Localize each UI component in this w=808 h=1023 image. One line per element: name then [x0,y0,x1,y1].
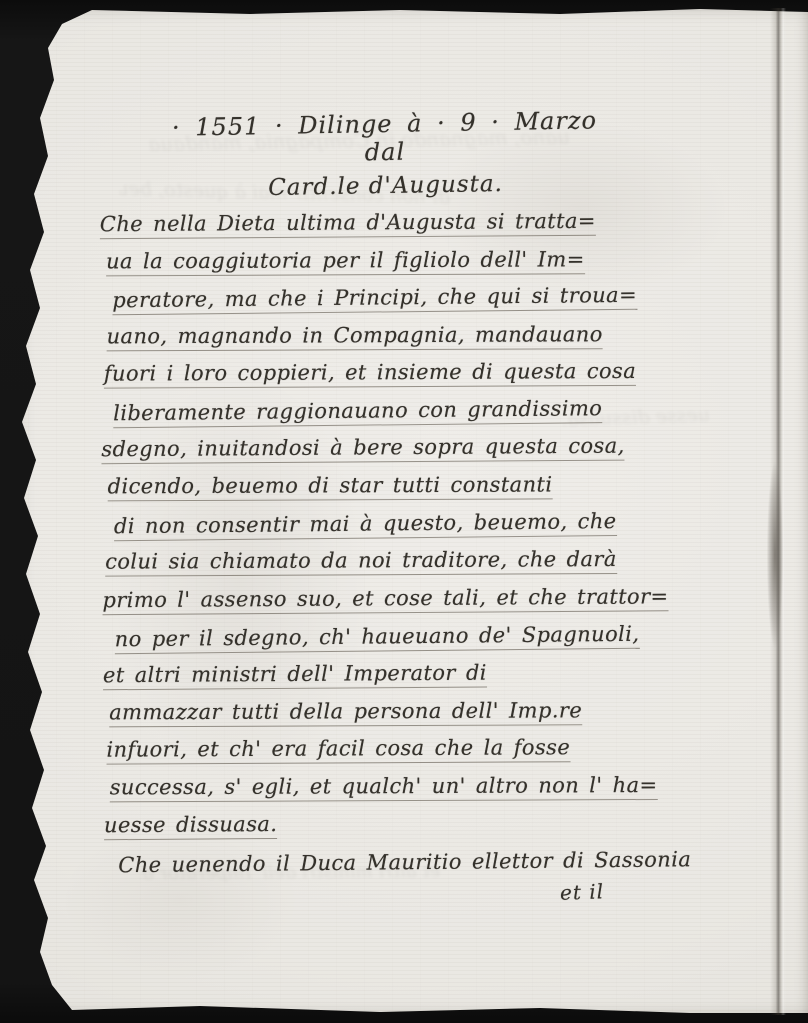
body-text-block: Che nella Dieta ultima d'Augusta si trat… [100,197,745,878]
manuscript-line: primo l' assenso suo, et cose tali, et c… [102,573,742,615]
manuscript-line: no per il sdegno, ch' haueuano de' Spagn… [114,609,742,653]
manuscript-line: et altri ministri dell' Imperator di [103,648,743,690]
catchword: et il [560,879,605,905]
manuscript-line: uesse dissuasa. [104,798,744,840]
manuscript-line: Che uenendo il Duca Mauritio ellettor di… [118,835,744,879]
heading: · 1551 · Dilinge à · 9 · Marzo dal Card.… [149,106,620,203]
heading-date-place-line: · 1551 · Dilinge à · 9 · Marzo dal [149,106,620,170]
manuscript-line: dicendo, beuemo di star tutti constanti [108,461,742,501]
manuscript-line: peratore, ma che i Principi, che qui si … [112,271,740,315]
manuscript-line: ua la coaggiutoria per il figliolo dell'… [106,235,740,275]
paper-leaf: uano, magnando in Compagnia, mandauano d… [0,0,808,1023]
manuscript-line: successa, s' egli, et qualch' un' altro … [110,761,744,801]
manuscript-line: colui sia chiamato da noi traditore, che… [105,536,742,577]
manuscript-line: fuori i loro coppieri, et insieme di que… [104,348,741,389]
photographed-manuscript-page: uano, magnando in Compagnia, mandauano d… [0,0,808,1023]
manuscript-line: ammazzar tutti della persona dell' Imp.r… [109,686,743,726]
manuscript-line: di non consentir mai à questo, beuemo, c… [114,496,742,540]
manuscript-line: liberamente raggionauano con grandissimo [113,384,741,428]
manuscript-line: sdegno, inuitandosi à bere sopra questa … [101,422,741,464]
manuscript-line: uano, magnando in Compagnia, mandauano [106,310,740,350]
manuscript-line: infuori, et ch' era facil cosa che la fo… [106,724,743,765]
manuscript-line: Che nella Dieta ultima d'Augusta si trat… [100,197,740,239]
